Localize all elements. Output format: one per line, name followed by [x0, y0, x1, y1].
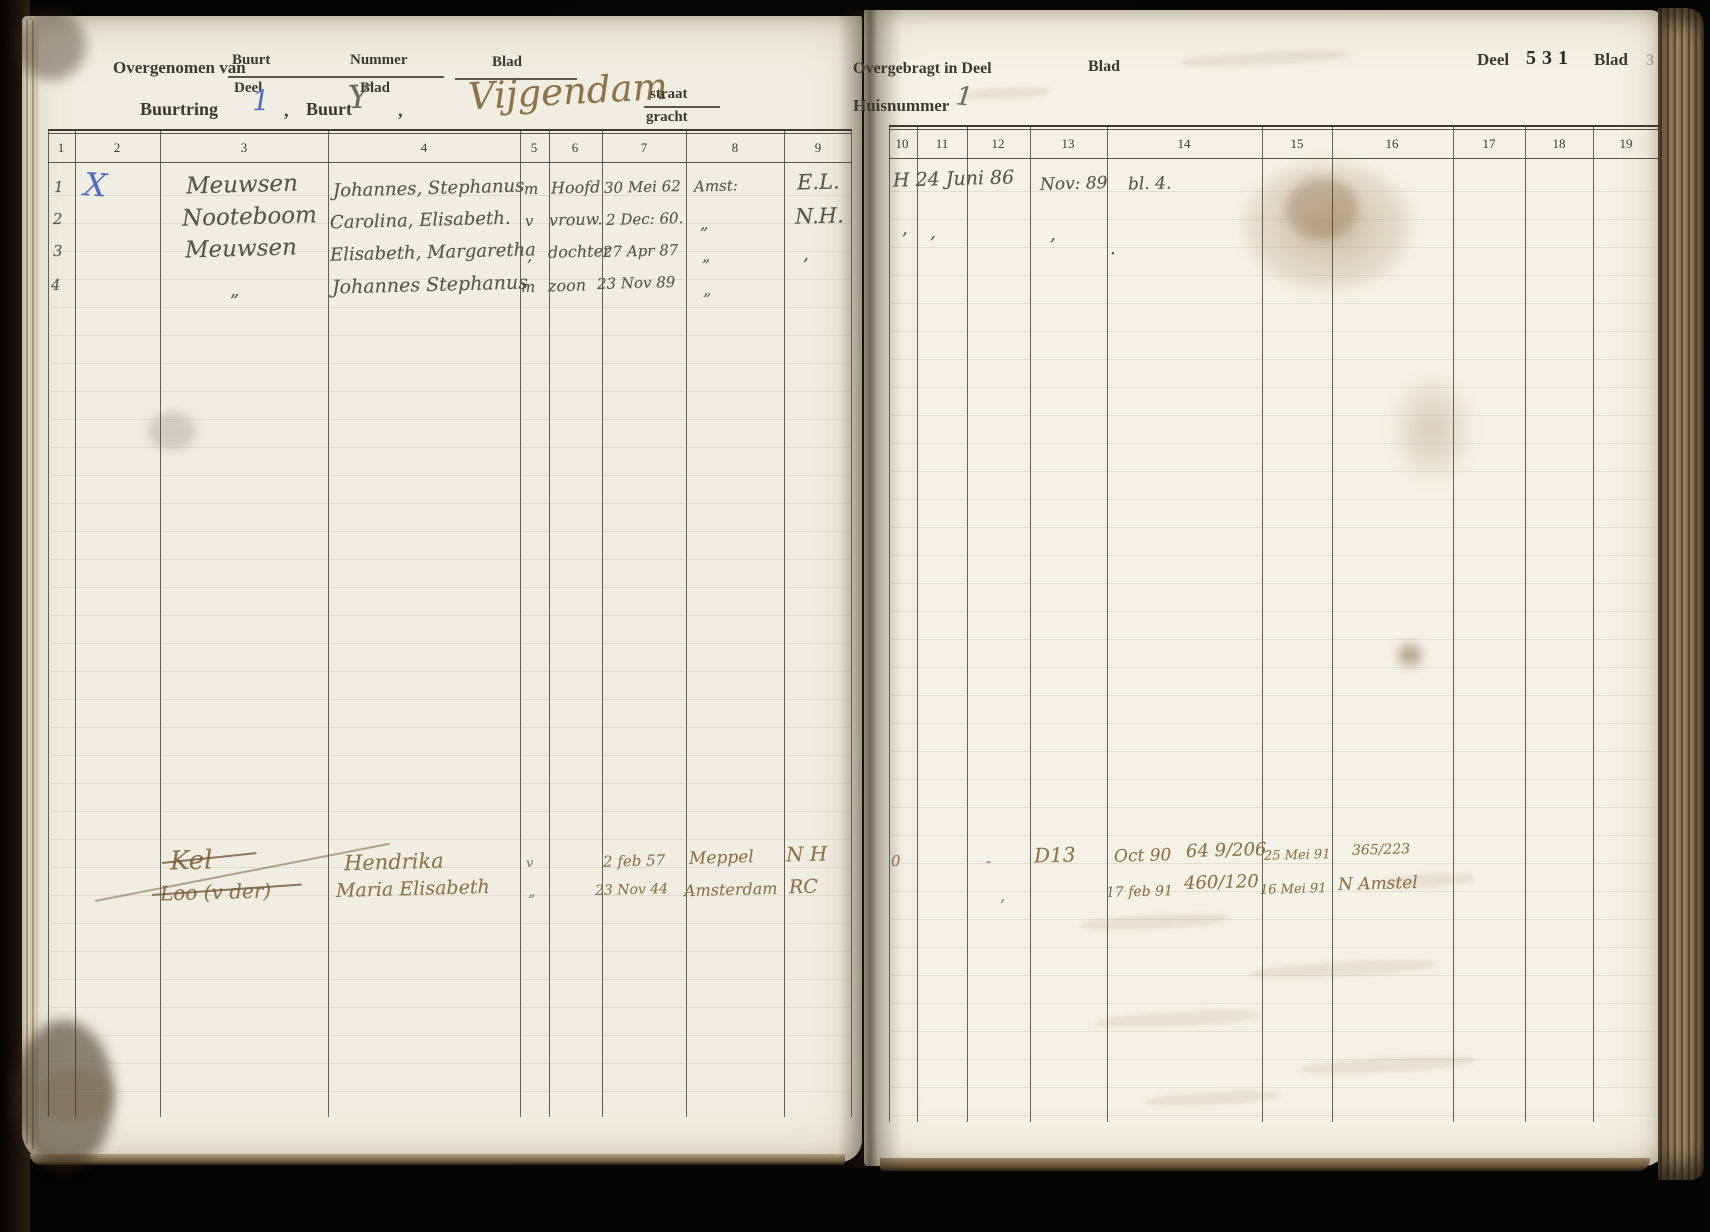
ditto-mark: . — [1110, 238, 1116, 259]
relation-cell: zoon — [548, 276, 586, 296]
surname-cell: Nooteboom — [182, 202, 318, 232]
col15-cell: 25 Mei 91 — [1264, 847, 1331, 864]
nummer-top-label: Nummer — [350, 52, 407, 69]
firstnames-cell: Maria Elisabeth — [336, 876, 490, 902]
birthdate-cell: 23 Nov 44 — [595, 881, 669, 899]
col14-cell: Oct 90 — [1114, 845, 1172, 866]
column-number: 3 — [231, 140, 257, 156]
column-line — [328, 129, 329, 1117]
header-bottom-rule — [889, 158, 1658, 159]
table-top-rule — [889, 125, 1658, 127]
column-number: 1 — [48, 140, 74, 156]
birthdate-cell: 2 Dec: 60. — [606, 209, 684, 229]
fraction-rule — [228, 76, 444, 78]
religion-cell: N H — [786, 841, 828, 866]
table-top-rule — [48, 129, 851, 131]
buurt-top-label: Buurt — [232, 52, 270, 69]
religion-cell: N.H. — [795, 203, 844, 228]
col16-cell: N Amstel — [1338, 873, 1418, 895]
overgebragt-label: Overgebragt in Deel — [853, 60, 992, 78]
straat-label: straat — [650, 86, 688, 103]
registration-date-cell: H 24 Juni 86 — [893, 166, 1015, 191]
col12-cell: - — [986, 852, 992, 870]
comma: , — [284, 100, 289, 121]
column-number: 5 — [521, 140, 547, 156]
table-top-rule2 — [889, 129, 1658, 130]
column-line — [1593, 125, 1594, 1122]
sex-cell: v — [526, 856, 534, 871]
column-number: 6 — [562, 140, 588, 156]
column-number: 13 — [1055, 136, 1081, 152]
column-line — [1658, 125, 1659, 1122]
col10-cell: 0 — [891, 852, 901, 870]
col14-cell: 17 feb 91 — [1106, 883, 1173, 901]
column-line — [1107, 125, 1108, 1122]
buurtring-label: Buurtring — [140, 99, 218, 120]
sex-cell: m — [521, 278, 536, 296]
religion-cell: E.L. — [797, 169, 840, 194]
birthdate-cell: 27 Apr 87 — [603, 241, 679, 261]
relation-cell: vrouw. — [549, 209, 603, 229]
column-line — [967, 125, 968, 1122]
relation-cell: dochter — [548, 241, 611, 262]
row-number: 4 — [51, 276, 61, 294]
column-number: 18 — [1546, 136, 1572, 152]
relation-cell: Hoofd — [551, 177, 601, 197]
column-line — [75, 129, 76, 1117]
deel-plate-value-stamp: 531 — [1526, 47, 1574, 70]
table-top-rule2 — [48, 133, 851, 134]
column-line — [889, 125, 890, 1122]
ditto-mark: , — [902, 218, 908, 239]
sex-cell: v — [525, 212, 534, 230]
column-line — [784, 129, 785, 1117]
blad-label-right-page: Blad — [1088, 58, 1120, 76]
ditto-mark: , — [527, 246, 533, 265]
comma: , — [398, 100, 403, 121]
ditto-mark: , — [1050, 224, 1056, 245]
page-stain — [1398, 644, 1422, 666]
page-stain — [1388, 372, 1476, 487]
surname-cell: Meuwsen — [186, 171, 299, 200]
column-line — [686, 129, 687, 1117]
column-number: 4 — [411, 140, 437, 156]
religion-cell: RC — [789, 876, 818, 899]
bottom-page-stack-right — [880, 1158, 1650, 1171]
column-line — [851, 129, 852, 1117]
surname-cell: Meuwsen — [185, 235, 298, 264]
fore-edge-page-stack — [1658, 8, 1704, 1180]
column-number: 11 — [929, 136, 955, 152]
page-smudge — [148, 412, 196, 450]
firstnames-cell: Hendrika — [344, 849, 444, 876]
ditto-mark: „ — [702, 246, 711, 265]
buurt-value-handwritten: Y — [348, 78, 370, 117]
huisnummer-value-handwritten: 1 — [954, 81, 974, 113]
column-number: 17 — [1476, 136, 1502, 152]
birthdate-cell: 30 Mei 62 — [604, 177, 681, 197]
column-number: 9 — [805, 140, 831, 156]
birthplace-cell: Amst: — [694, 176, 738, 195]
column-number: 2 — [104, 140, 130, 156]
blad-plate-label: Blad — [1594, 50, 1628, 70]
overgenomen-van-label: Overgenomen van — [113, 58, 246, 78]
deel-plate-label: Deel — [1477, 50, 1509, 70]
column-number: 10 — [889, 136, 915, 152]
col16-cell: 365/223 — [1352, 841, 1411, 859]
column-line — [160, 129, 161, 1117]
birthdate-cell: 23 Nov 89 — [597, 273, 676, 293]
check-mark-x: X — [83, 165, 108, 204]
row-number: 3 — [53, 242, 63, 260]
ditto-mark: „ — [528, 884, 536, 900]
sex-cell: m — [524, 180, 539, 198]
column-line — [1453, 125, 1454, 1122]
ditto-mark: , — [930, 222, 936, 243]
col13-cell: D13 — [1034, 842, 1076, 867]
blad-right-label: Blad — [492, 54, 522, 71]
birthplace-cell: Amsterdam — [684, 879, 778, 900]
gracht-label: gracht — [646, 109, 688, 126]
column-line — [1262, 125, 1263, 1122]
row-number: 2 — [53, 210, 63, 228]
col14-cell: bl. 4. — [1128, 173, 1172, 194]
column-number: 19 — [1613, 136, 1639, 152]
left-page-stack-edge — [24, 20, 38, 1150]
column-number: 16 — [1379, 136, 1405, 152]
ditto-mark: , — [1000, 886, 1006, 905]
fraction-rule — [644, 106, 720, 108]
col14-cell: 64 9/206 — [1186, 839, 1267, 862]
birthplace-cell: Meppel — [689, 847, 754, 869]
corner-wear — [16, 10, 86, 80]
ditto-mark: „ — [700, 214, 709, 233]
blad-plate-value-stamp: 3 — [1646, 52, 1654, 70]
column-line — [48, 129, 49, 1117]
ditto-mark: „ — [230, 280, 240, 301]
column-number: 7 — [631, 140, 657, 156]
ditto-mark: „ — [703, 280, 712, 299]
register-book-scan: Overgenomen van Buurt Nummer Blad Deel B… — [0, 0, 1710, 1232]
column-number: 12 — [985, 136, 1011, 152]
column-number: 15 — [1284, 136, 1310, 152]
col15-cell: 16 Mei 91 — [1260, 881, 1327, 898]
bottom-page-stack-left — [30, 1154, 845, 1165]
column-line — [1525, 125, 1526, 1122]
huisnummer-label: Huisnummer — [853, 96, 949, 116]
col13-cell: Nov: 89 — [1040, 173, 1108, 195]
column-line — [917, 125, 918, 1122]
ditto-mark: , — [803, 244, 809, 265]
column-number: 8 — [722, 140, 748, 156]
birthdate-cell: 2 feb 57 — [603, 851, 666, 871]
column-line — [1332, 125, 1333, 1122]
header-bottom-rule — [48, 162, 851, 163]
page-stain — [1286, 178, 1358, 240]
column-line — [1030, 125, 1031, 1122]
col14-cell: 460/120 — [1184, 871, 1259, 894]
column-number: 14 — [1171, 136, 1197, 152]
row-number: 1 — [54, 178, 64, 196]
buurt-label: Buurt — [306, 99, 352, 120]
buurtring-value-handwritten: 1 — [252, 84, 271, 117]
